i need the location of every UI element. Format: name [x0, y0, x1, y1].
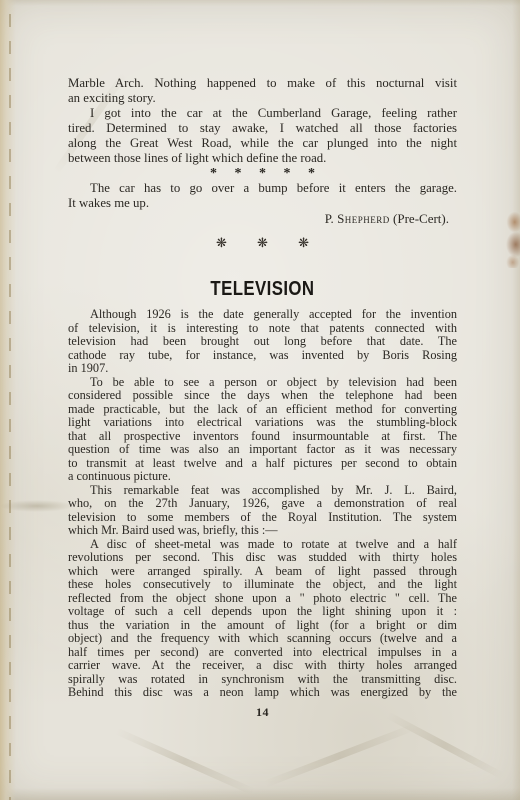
text-line: tired. Determined to stay awake, I watch…	[68, 121, 457, 136]
paper-crease	[386, 712, 504, 779]
paragraph: To be able to see a person or object by …	[68, 376, 457, 484]
text-line: television to some members of the Royal …	[68, 511, 457, 525]
signature-name: Shepherd	[337, 211, 390, 226]
text-line: which were arranged spirally. A beam of …	[68, 565, 457, 579]
text-line: It wakes me up.	[68, 196, 457, 211]
text-line: Behind this disc was a neon lamp which w…	[68, 686, 457, 700]
text-line: in 1907.	[68, 362, 457, 376]
text-line: To be able to see a person or object by …	[68, 376, 457, 390]
text-column: Marble Arch. Nothing happened to make of…	[68, 76, 457, 720]
text-line: spirally was rotated in synchronism with…	[68, 673, 457, 687]
text-line: reflected from the object shone upon a "…	[68, 592, 457, 606]
text-line: question of time was also an important f…	[68, 443, 457, 457]
text-line: light variations into electrical variati…	[68, 416, 457, 430]
paper-crease	[115, 728, 255, 795]
story-end-section: Marble Arch. Nothing happened to make of…	[68, 76, 457, 252]
text-line: voltage of such a cell depends upon the …	[68, 605, 457, 619]
text-line: A disc of sheet-metal was made to rotate…	[68, 538, 457, 552]
text-line: which Mr. Baird used was, briefly, this …	[68, 524, 457, 538]
text-line: a continuous picture.	[68, 470, 457, 484]
floral-ornament-row: ❋ ❋ ❋	[68, 236, 457, 252]
story-closing: The car has to go over a bump before it …	[68, 181, 457, 211]
paper-crease	[264, 724, 416, 788]
paragraph: Marble Arch. Nothing happened to make of…	[68, 76, 457, 106]
scanned-magazine-page: Marble Arch. Nothing happened to make of…	[0, 0, 520, 800]
text-line: to transmit at least twelve and a half p…	[68, 457, 457, 471]
text-line: revolutions per second. This disc was st…	[68, 551, 457, 565]
text-line: The car has to go over a bump before it …	[68, 181, 457, 196]
text-line: carrier wave. At the receiver, a disc wi…	[68, 659, 457, 673]
text-line: half times per second) are converted int…	[68, 646, 457, 660]
text-line: of television, it is interesting to note…	[68, 322, 457, 336]
text-line: between those lines of light which defin…	[68, 151, 457, 166]
text-line: that all prospective inventors found ins…	[68, 430, 457, 444]
text-line: I got into the car at the Cumberland Gar…	[68, 106, 457, 121]
signature-prefix: P.	[325, 211, 337, 226]
paragraph: A disc of sheet-metal was made to rotate…	[68, 538, 457, 700]
asterisk-separator: * * * * *	[68, 166, 457, 181]
article-body: Although 1926 is the date generally acce…	[68, 308, 457, 700]
story-paragraphs: Marble Arch. Nothing happened to make of…	[68, 76, 457, 166]
text-line: object) and the frequency with which sca…	[68, 632, 457, 646]
page-left-fold-line	[9, 0, 11, 800]
paper-crease-horizontal	[0, 500, 74, 512]
paragraph: Although 1926 is the date generally acce…	[68, 308, 457, 376]
text-line: television had been brought out long bef…	[68, 335, 457, 349]
text-line: Although 1926 is the date generally acce…	[68, 308, 457, 322]
text-line: who, on the 27th January, 1926, gave a d…	[68, 497, 457, 511]
paragraph: The car has to go over a bump before it …	[68, 181, 457, 211]
text-line: these holes consecutively to illuminate …	[68, 578, 457, 592]
text-line: thus the variation in the amount of ligh…	[68, 619, 457, 633]
paper-stain	[501, 212, 520, 268]
text-line: an exciting story.	[68, 91, 457, 106]
paragraph: I got into the car at the Cumberland Gar…	[68, 106, 457, 166]
text-line: made practicable, but the lack of an eff…	[68, 403, 457, 417]
author-signature: P. Shepherd (Pre-Cert).	[68, 211, 457, 226]
paragraph: This remarkable feat was accomplished by…	[68, 484, 457, 538]
text-line: Marble Arch. Nothing happened to make of…	[68, 76, 457, 91]
signature-suffix: (Pre-Cert).	[390, 211, 449, 226]
text-line: cathode ray tube, for instance, was inve…	[68, 349, 457, 363]
text-line: considered possible since the days when …	[68, 389, 457, 403]
page-number: 14	[68, 705, 457, 720]
text-line: along the Great West Road, while the car…	[68, 136, 457, 151]
text-line: This remarkable feat was accomplished by…	[68, 484, 457, 498]
article-title: TELEVISION	[210, 278, 314, 300]
